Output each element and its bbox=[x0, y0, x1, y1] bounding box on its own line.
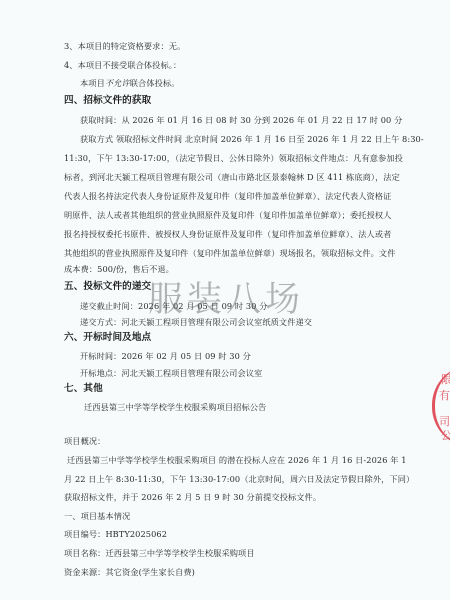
overview-line-1: 迁西县第三中学等学校学生校服采购项目 的潜在投标人应在 2026 年 1 月 1… bbox=[67, 455, 407, 465]
stamp-char-1: 限 bbox=[441, 371, 450, 387]
requirement-4-detail-prefix: 本项目 bbox=[80, 78, 105, 88]
overview-line-2: 月 22 日上午 8:30-11:30，下午 13:30-17:00（北京时间，… bbox=[64, 474, 414, 484]
section-5-method: 递交方式：河北天颍工程项目管理有限公司会议室纸质文件递交 bbox=[80, 317, 312, 327]
section-4-method-line-6: 报名持授权委托书原件、被授权人身份证原件及复印件（复印件加盖单位鲜章）、法人或者 bbox=[64, 229, 391, 239]
basic-info-title: 一、项目基本情况 bbox=[64, 511, 130, 521]
section-4-method-line-1: 获取方式 领取招标文件时间 北京时间 2026 年 1 月 16 日至 2026… bbox=[80, 134, 424, 144]
section-7-title: 七、其他 bbox=[64, 384, 103, 394]
section-4-time: 获取时间：从 2026 年 01 月 16 日 08 时 30 分到 2026 … bbox=[80, 115, 402, 125]
section-4-method-line-7: 其他组织的营业执照原件及复印件（复印件加盖单位鲜章）现场报名，领取招标文件。文件 bbox=[64, 248, 396, 258]
overview-line-3: 获取招标文件，并于 2026 年 2 月 5 日 9 时 30 分前提交投标文件… bbox=[64, 492, 321, 502]
watermark-text: 服装八场 bbox=[148, 272, 304, 322]
project-number: 项目编号：HBTY2025062 bbox=[64, 529, 167, 539]
section-5-title: 五、投标文件的递交 bbox=[64, 282, 151, 292]
section-6-title: 六、开标时间及地点 bbox=[64, 333, 151, 343]
requirement-3: 3、本项目的特定资格要求：无。 bbox=[64, 41, 185, 51]
section-4-method-line-5: 明原件、法人或者其他组织的营业执照原件及复印件（复印件加盖单位鲜章）；委托授权人 bbox=[64, 210, 391, 220]
fund-source: 资金来源：其它资金(学生家长自费) bbox=[64, 567, 195, 577]
stamp-char-2: 有 bbox=[439, 387, 450, 403]
section-6-time: 开标时间：2026 年 02 月 05 日 09 时 30 分 bbox=[80, 351, 251, 361]
section-7-notice: 迁西县第三中学等学校学生校服采购项目招标公告 bbox=[84, 402, 266, 412]
document-page: 3、本项目的特定资格要求：无。 4、本项目不接受联合体投标。： 本项目不允许联合… bbox=[0, 0, 450, 600]
section-4-method-line-2: 11:30，下午 13:30-17:00，（法定节假日、公休日除外）领取招标文件… bbox=[64, 153, 403, 163]
stamp-char-4: 公 bbox=[441, 427, 450, 443]
requirement-4-detail: 本项目不允许联合体投标。 bbox=[80, 78, 179, 88]
section-5-deadline: 递交截止时间：2026 年 02 月 05 日 09 时 30 分 bbox=[80, 301, 267, 311]
red-seal-stamp: 限 有 司 公 bbox=[432, 365, 450, 447]
section-4-method-line-8: 成本费：500/份，售后不退。 bbox=[64, 264, 174, 274]
requirement-4-detail-suffix: 联合体投标。 bbox=[130, 78, 180, 88]
section-6-place: 开标地点：河北天颍工程项目管理有限公司会议室 bbox=[80, 368, 262, 378]
project-name: 项目名称：迁西县第三中学等学校学生校服采购项目 bbox=[64, 548, 255, 558]
requirement-4: 4、本项目不接受联合体投标。： bbox=[64, 60, 181, 70]
requirement-4-detail-italic: 不允许 bbox=[105, 78, 130, 88]
overview-label: 项目概况： bbox=[64, 436, 105, 446]
section-4-method-line-4: 代表人报名持法定代表人身份证原件及复印件（复印件加盖单位鲜章）、法定代表人资格证 bbox=[64, 191, 391, 201]
section-4-method-line-3: 标者，到河北天颍工程项目管理有限公司（唐山市路北区景泰翰林 D 区 411 栋底… bbox=[64, 172, 400, 182]
section-4-title: 四、招标文件的获取 bbox=[64, 96, 151, 106]
